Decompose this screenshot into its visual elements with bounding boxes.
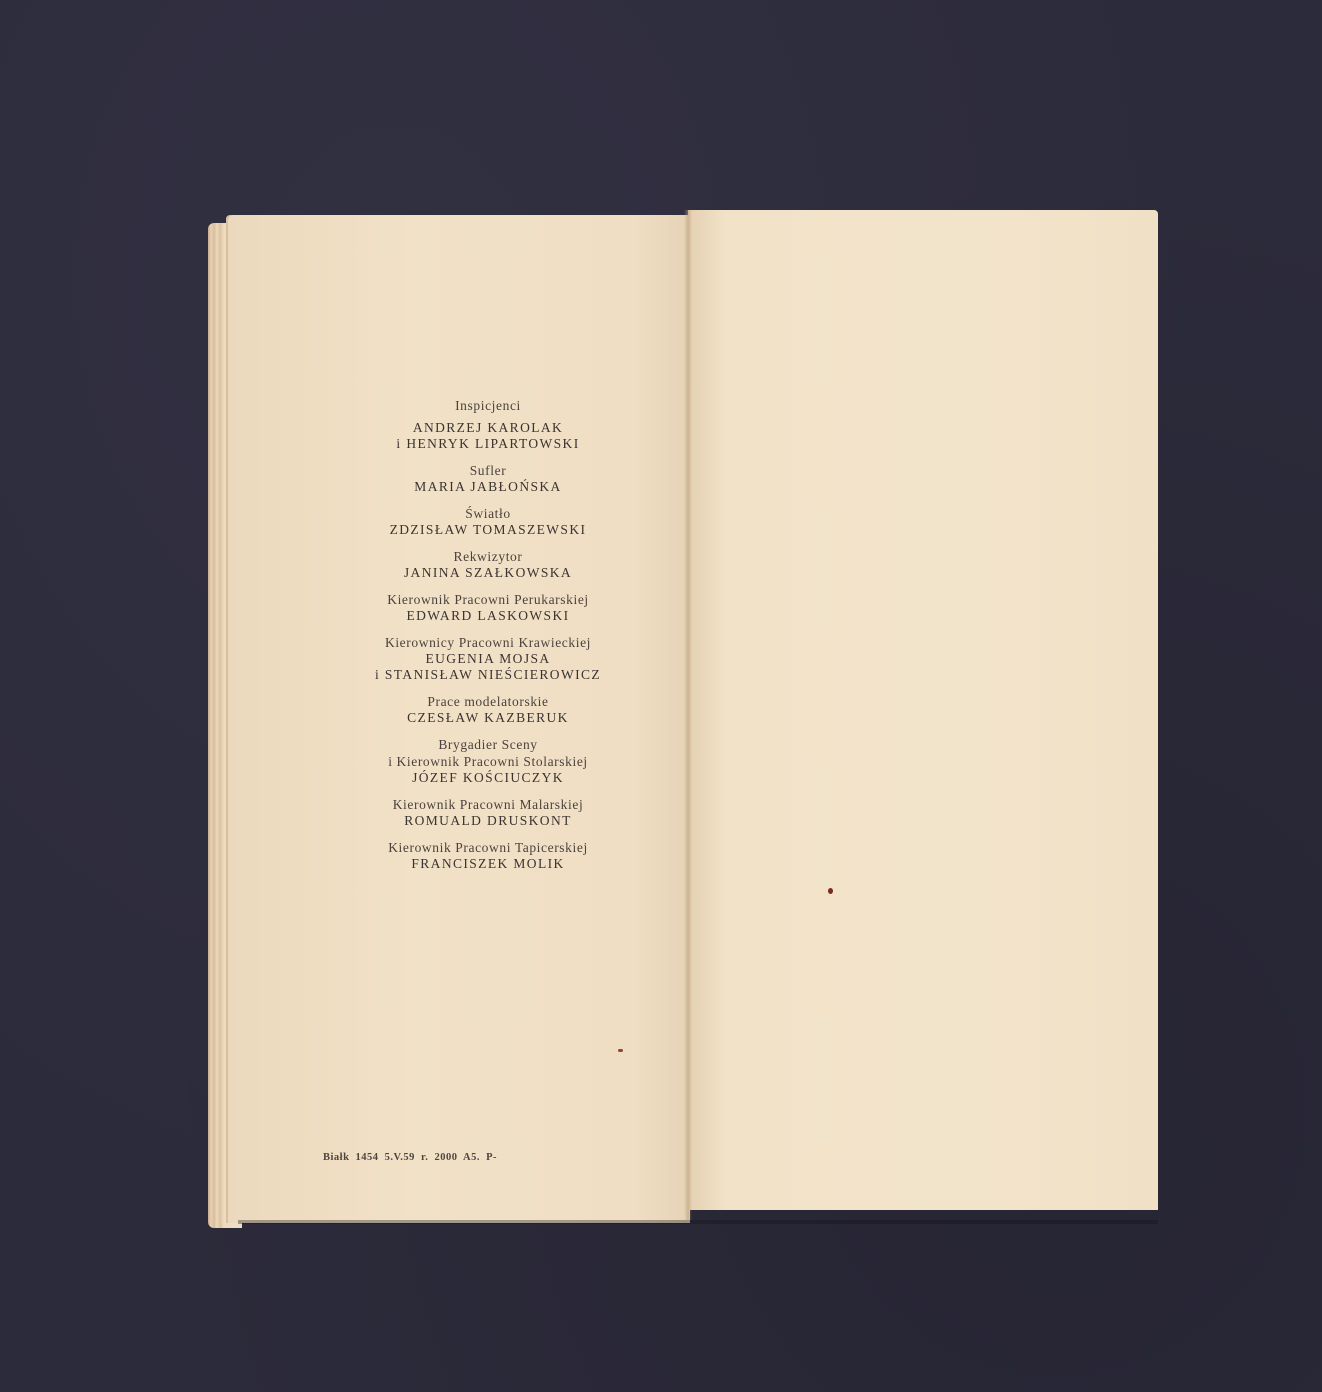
credit-role: Brygadier Sceny [338, 736, 638, 753]
credit-name: ZDZISŁAW TOMASZEWSKI [338, 522, 638, 538]
credit-brygadier: Brygadier Sceny i Kierownik Pracowni Sto… [338, 736, 638, 786]
credit-rekwizytor: Rekwizytor JANINA SZAŁKOWSKA [338, 548, 638, 581]
credit-name: JÓZEF KOŚCIUCZYK [338, 770, 638, 786]
credit-tapicerska: Kierownik Pracowni Tapicerskiej FRANCISZ… [338, 839, 638, 872]
credit-name: ANDRZEJ KAROLAK [338, 420, 638, 436]
credit-role: Rekwizytor [338, 548, 638, 565]
credit-role: Kierownik Pracowni Malarskiej [338, 796, 638, 813]
credit-name: EDWARD LASKOWSKI [338, 608, 638, 624]
credit-role: Światło [338, 505, 638, 522]
credit-role: Inspicjenci [338, 397, 638, 414]
credit-name: i HENRYK LIPARTOWSKI [338, 436, 638, 452]
credit-role: Sufler [338, 462, 638, 479]
credit-role: Kierownicy Pracowni Krawieckiej [338, 634, 638, 651]
credit-malarska: Kierownik Pracowni Malarskiej ROMUALD DR… [338, 796, 638, 829]
credit-perukarska: Kierownik Pracowni Perukarskiej EDWARD L… [338, 591, 638, 624]
paper-speck [618, 1049, 623, 1052]
booklet-shadow [238, 1220, 1158, 1224]
credit-name: MARIA JABŁOŃSKA [338, 479, 638, 495]
credit-swiatlo: Światło ZDZISŁAW TOMASZEWSKI [338, 505, 638, 538]
credit-sufler: Sufler MARIA JABŁOŃSKA [338, 462, 638, 495]
credit-name: JANINA SZAŁKOWSKA [338, 565, 638, 581]
right-page [688, 210, 1158, 1210]
open-booklet: Inspicjenci ANDRZEJ KAROLAK i HENRYK LIP… [208, 205, 1158, 1228]
credit-name: FRANCISZEK MOLIK [338, 856, 638, 872]
credit-name: CZESŁAW KAZBERUK [338, 710, 638, 726]
center-fold [684, 210, 692, 1220]
credit-name: ROMUALD DRUSKONT [338, 813, 638, 829]
credit-krawiecka: Kierownicy Pracowni Krawieckiej EUGENIA … [338, 634, 638, 683]
credit-modelatorskie: Prace modelatorskie CZESŁAW KAZBERUK [338, 693, 638, 726]
credit-inspicjenci: Inspicjenci ANDRZEJ KAROLAK i HENRYK LIP… [338, 397, 638, 452]
paper-stain [828, 888, 833, 894]
credits-list: Inspicjenci ANDRZEJ KAROLAK i HENRYK LIP… [338, 397, 638, 879]
credit-role: Kierownik Pracowni Perukarskiej [338, 591, 638, 608]
credit-role-secondary: i Kierownik Pracowni Stolarskiej [338, 753, 638, 770]
credit-name: EUGENIA MOJSA [338, 651, 638, 667]
credit-role: Prace modelatorskie [338, 693, 638, 710]
left-page: Inspicjenci ANDRZEJ KAROLAK i HENRYK LIP… [228, 215, 690, 1223]
credit-name: i STANISŁAW NIEŚCIEROWICZ [338, 667, 638, 683]
credit-role: Kierownik Pracowni Tapicerskiej [338, 839, 638, 856]
printer-imprint: Białk 1454 5.V.59 r. 2000 A5. P- [323, 1152, 497, 1163]
